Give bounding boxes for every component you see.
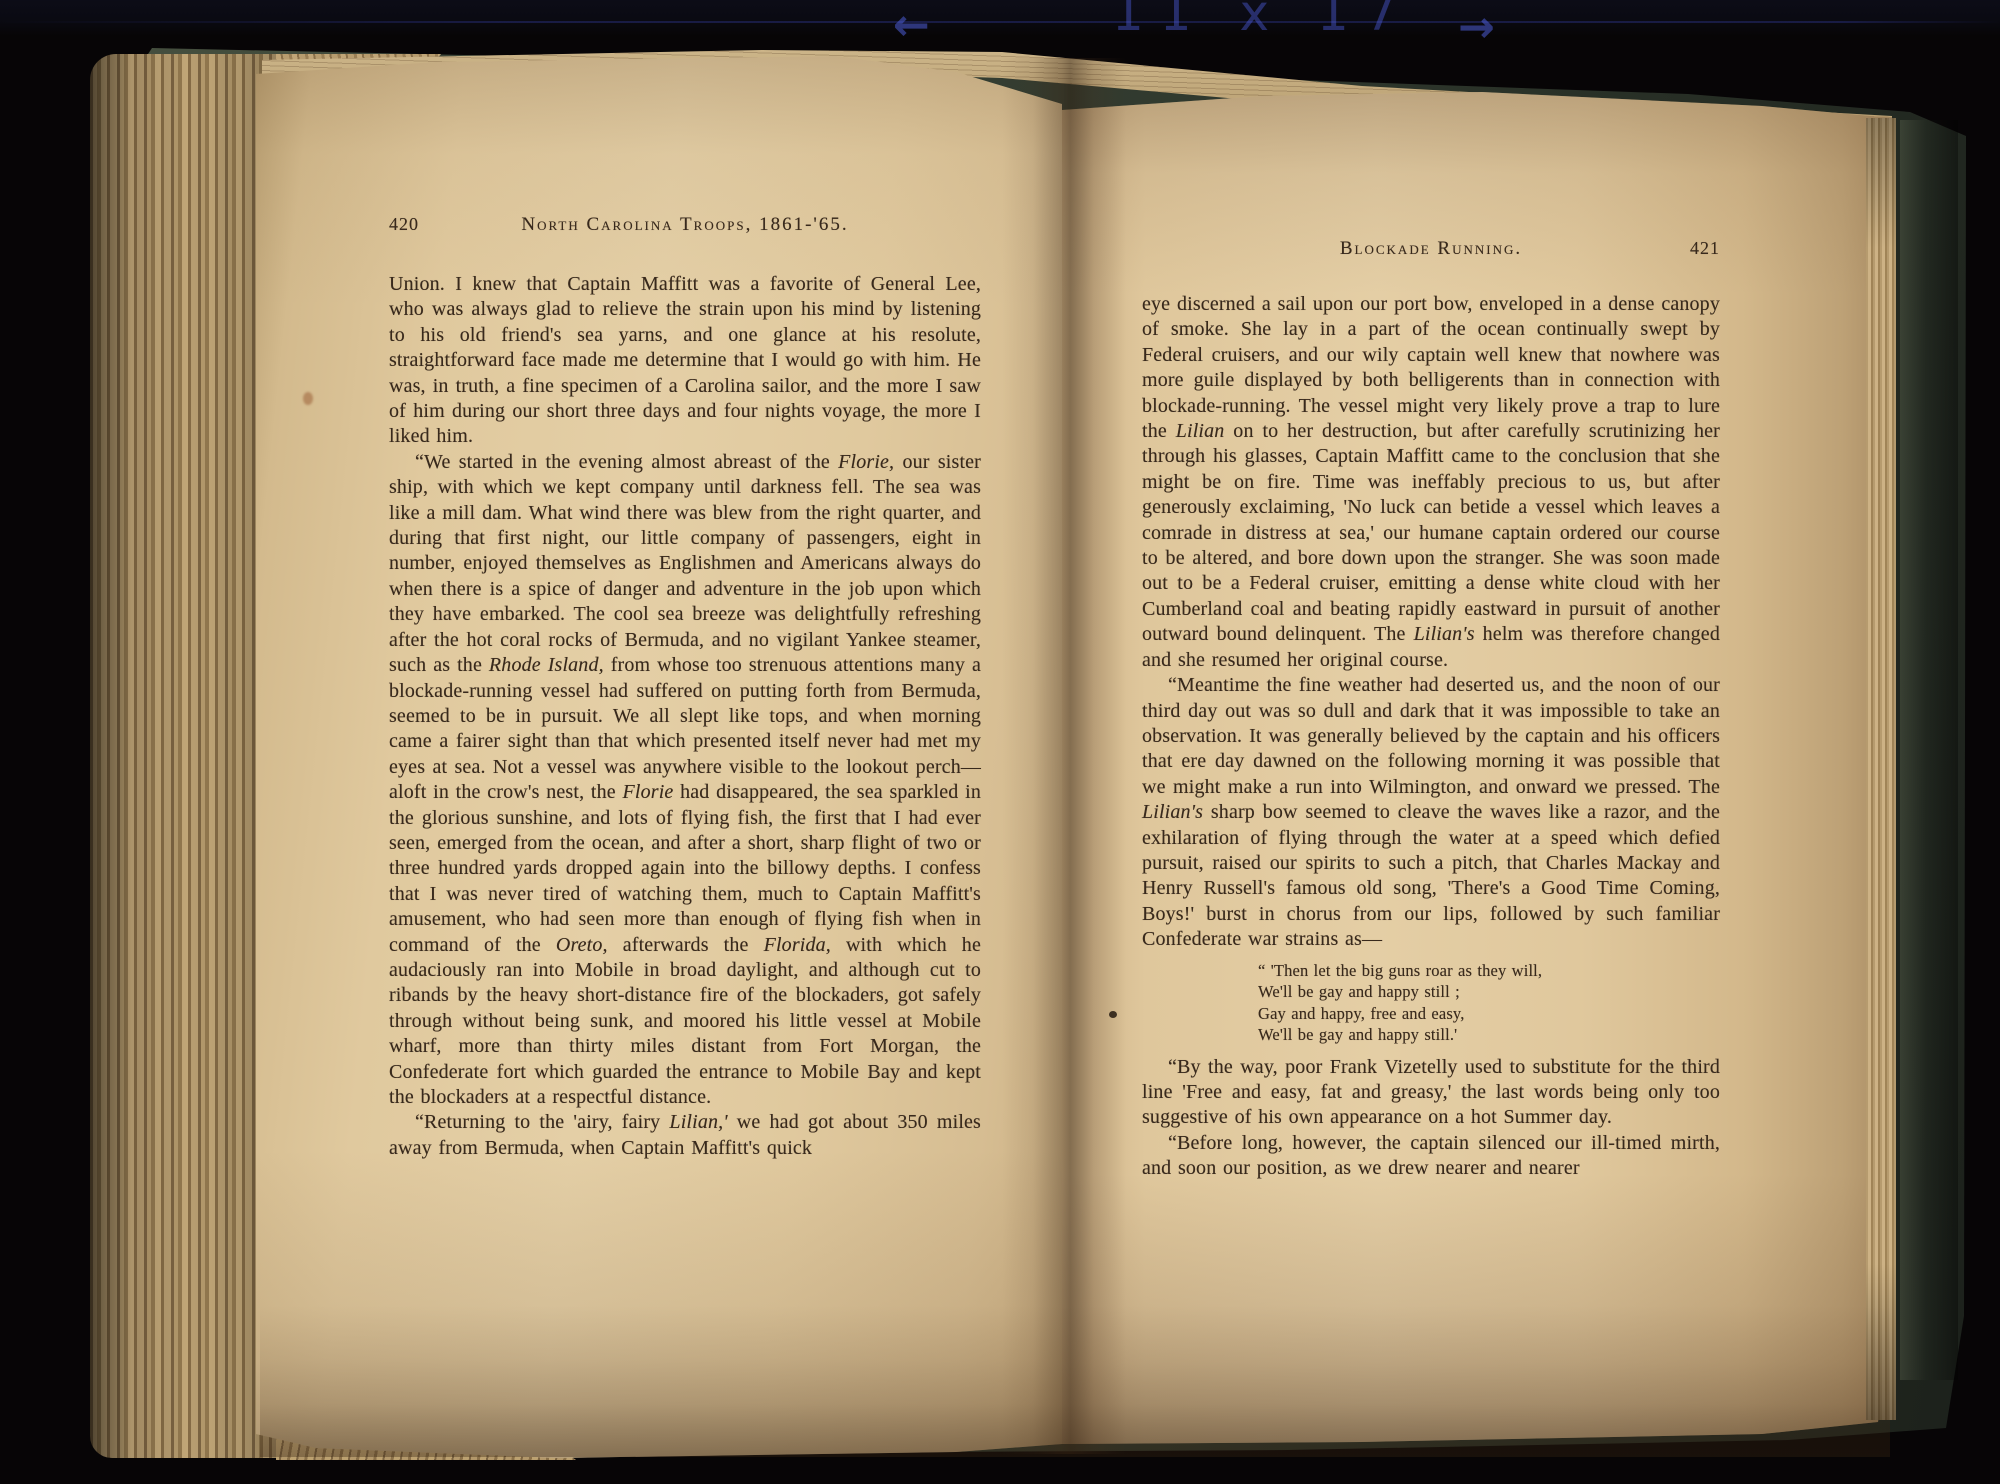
right-running-header: Blockade Running. 421	[1142, 238, 1720, 264]
right-page-fore-edge	[1866, 118, 1896, 1420]
paragraph: “Before long, however, the captain silen…	[1142, 1131, 1720, 1182]
verse-line: We'll be gay and happy still ;	[1258, 981, 1720, 1003]
foxing-spot	[303, 392, 313, 405]
right-running-title: Blockade Running.	[1340, 238, 1522, 259]
paragraph: eye discerned a sail upon our port bow, …	[1142, 292, 1720, 673]
scanner-backdrop	[0, 0, 2000, 36]
book-scan-photo: ← 11 x 17 → 420 North Carolina Troops, 1…	[0, 0, 2000, 1484]
song-verse: “ 'Then let the big guns roar as they wi…	[1258, 960, 1720, 1046]
left-running-header: 420 North Carolina Troops, 1861-'65.	[389, 214, 981, 240]
paragraph: “By the way, poor Frank Vizetelly used t…	[1142, 1055, 1720, 1131]
right-page-body-upper: eye discerned a sail upon our port bow, …	[1142, 292, 1720, 953]
left-running-title: North Carolina Troops, 1861-'65.	[521, 214, 848, 235]
verse-line: We'll be gay and happy still.'	[1258, 1024, 1720, 1046]
paragraph: “Meantime the fine weather had deserted …	[1142, 673, 1720, 952]
right-page-body-lower: “By the way, poor Frank Vizetelly used t…	[1142, 1055, 1720, 1182]
right-page-text: Blockade Running. 421 eye discerned a sa…	[1142, 238, 1720, 1182]
left-page-number: 420	[389, 214, 419, 235]
paragraph: “Returning to the 'airy, fairy Lilian,' …	[389, 1110, 981, 1161]
right-page-number: 421	[1690, 238, 1720, 259]
scanner-guide-line	[0, 21, 2000, 23]
paragraph: “We started in the evening almost abreas…	[389, 450, 981, 1111]
left-page-body: Union. I knew that Captain Maffitt was a…	[389, 272, 981, 1161]
right-arrow-icon: →	[1458, 2, 1495, 53]
verse-line: Gay and happy, free and easy,	[1258, 1003, 1720, 1025]
left-arrow-icon: ←	[893, 0, 930, 51]
left-page-text: 420 North Carolina Troops, 1861-'65. Uni…	[389, 214, 981, 1161]
page-stack-fore-edge	[90, 54, 278, 1458]
paragraph: Union. I knew that Captain Maffitt was a…	[389, 272, 981, 450]
paper-size-label: 11 x 17	[1112, 0, 1413, 42]
ink-spot	[1109, 1011, 1117, 1018]
verse-line: “ 'Then let the big guns roar as they wi…	[1258, 960, 1720, 982]
book-cover-edge	[1900, 120, 1958, 1380]
